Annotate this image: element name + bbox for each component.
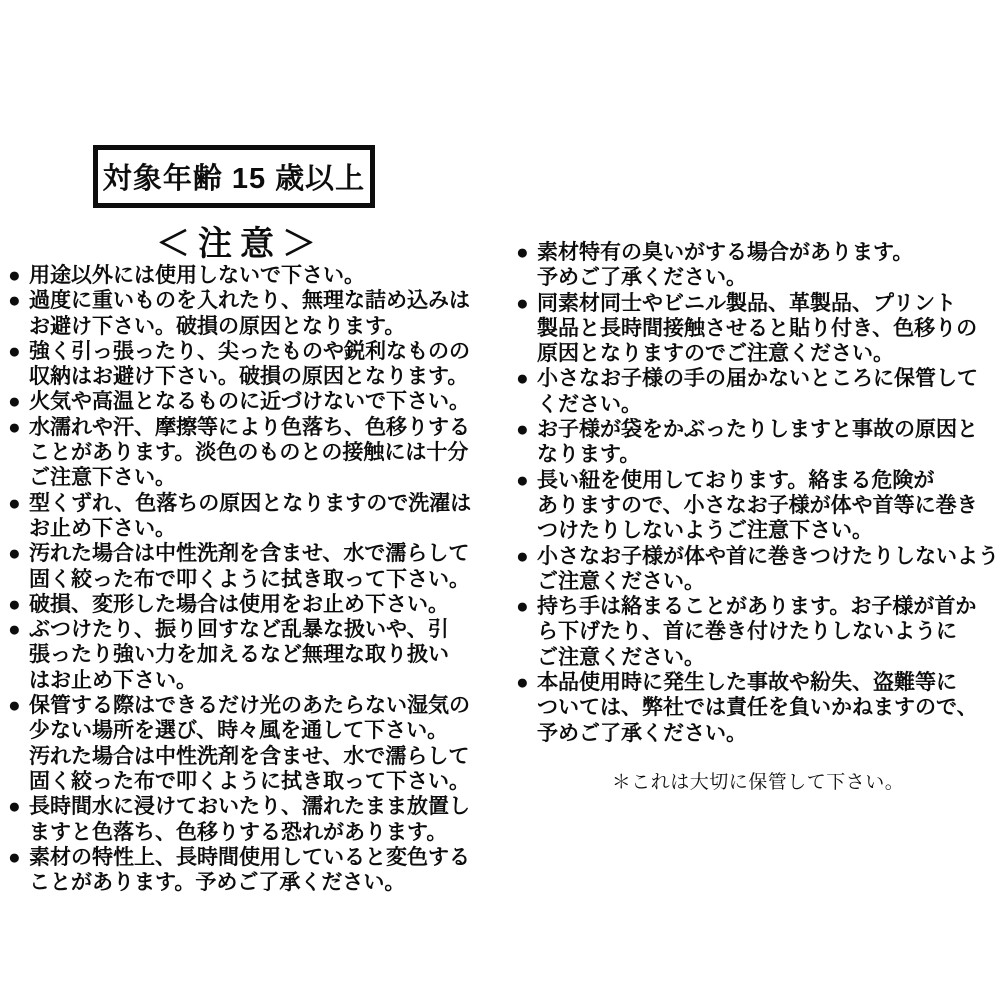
bullet-icon: ● [516,544,537,569]
right-column: ● 素材特有の臭いがする場合があります。 予めご了承ください。 ● 同素材同士や… [516,240,1000,795]
caution-item-text: 火気や高温となるものに近づけないで下さい。 [29,389,508,414]
caution-item-text: 保管する際はできるだけ光のあたらない湿気の 少ない場所を選び、時々風を通して下さ… [29,693,508,794]
bullet-icon: ● [8,288,29,313]
caution-item: ● 型くずれ、色落ちの原因となりますので洗濯は お止め下さい。 [8,491,508,542]
caution-item-text: 本品使用時に発生した事故や紛失、盗難等に ついては、弊社では責任を負いかねますの… [537,670,1000,746]
caution-item-text: 長い紐を使用しております。絡まる危険が ありますので、小さなお子様が体や首等に巻… [537,468,1000,544]
caution-heading: ＜注意＞ [0,216,480,265]
caution-item: ● 長い紐を使用しております。絡まる危険が ありますので、小さなお子様が体や首等… [516,468,1000,544]
caution-item-text: 持ち手は絡まることがあります。お子様が首か ら下げたり、首に巻き付けたりしないよ… [537,594,1000,670]
caution-item-text: 水濡れや汗、摩擦等により色落ち、色移りする ことがあります。淡色のものとの接触に… [29,415,508,491]
caution-item: ● 小さなお子様の手の届かないところに保管して ください。 [516,366,1000,417]
caution-item-text: 破損、変形した場合は使用をお止め下さい。 [29,592,508,617]
bullet-icon: ● [8,617,29,642]
caution-item: ● 同素材同士やビニル製品、革製品、プリント 製品と長時間接触させると貼り付き、… [516,291,1000,367]
caution-item: ● 用途以外には使用しないで下さい。 [8,263,508,288]
caution-item-text: 素材の特性上、長時間使用していると変色する ことがあります。予めご了承ください。 [29,845,508,896]
bullet-icon: ● [8,592,29,617]
bullet-icon: ● [8,389,29,414]
bullet-icon: ● [8,794,29,819]
bullet-icon: ● [8,693,29,718]
caution-item-text: 小さなお子様が体や首に巻きつけたりしないよう ご注意ください。 [537,544,1000,595]
caution-item: ● 水濡れや汗、摩擦等により色落ち、色移りする ことがあります。淡色のものとの接… [8,415,508,491]
caution-item: ● ぶつけたり、振り回すなど乱暴な扱いや、引 張ったり強い力を加えるなど無理な取… [8,617,508,693]
bullet-icon: ● [8,491,29,516]
caution-item: ● 汚れた場合は中性洗剤を含ませ、水で濡らして 固く絞った布で叩くように拭き取っ… [8,541,508,592]
caution-sheet: 対象年齢 15 歳以上 ＜注意＞ ● 用途以外には使用しないで下さい。 ● 過度… [0,0,1000,1000]
left-column: ● 用途以外には使用しないで下さい。 ● 過度に重いものを入れたり、無理な詰め込… [8,263,508,895]
age-restriction-box: 対象年齢 15 歳以上 [93,145,375,208]
bullet-icon: ● [516,670,537,695]
caution-item: ● 強く引っ張ったり、尖ったものや鋭利なものの 収納はお避け下さい。破損の原因と… [8,339,508,390]
caution-item: ● 持ち手は絡まることがあります。お子様が首か ら下げたり、首に巻き付けたりしな… [516,594,1000,670]
bullet-icon: ● [516,291,537,316]
bullet-icon: ● [516,417,537,442]
caution-item-text: 汚れた場合は中性洗剤を含ませ、水で濡らして 固く絞った布で叩くように拭き取って下… [29,541,508,592]
bullet-icon: ● [516,594,537,619]
age-restriction-label: 対象年齢 15 歳以上 [103,156,365,197]
caution-item-text: 用途以外には使用しないで下さい。 [29,263,508,288]
bullet-icon: ● [8,339,29,364]
caution-item: ● 小さなお子様が体や首に巻きつけたりしないよう ご注意ください。 [516,544,1000,595]
caution-item-text: 強く引っ張ったり、尖ったものや鋭利なものの 収納はお避け下さい。破損の原因となり… [29,339,508,390]
bullet-icon: ● [8,845,29,870]
caution-item: ● お子様が袋をかぶったりしますと事故の原因と なります。 [516,417,1000,468]
caution-item: ● 火気や高温となるものに近づけないで下さい。 [8,389,508,414]
bullet-icon: ● [8,263,29,288]
bullet-icon: ● [8,541,29,566]
caution-item-text: 長時間水に浸けておいたり、濡れたまま放置し ますと色落ち、色移りする恐れがありま… [29,794,508,845]
bullet-icon: ● [516,468,537,493]
caution-item-text: 同素材同士やビニル製品、革製品、プリント 製品と長時間接触させると貼り付き、色移… [537,291,1000,367]
caution-item: ● 保管する際はできるだけ光のあたらない湿気の 少ない場所を選び、時々風を通して… [8,693,508,794]
caution-item: ● 過度に重いものを入れたり、無理な詰め込みは お避け下さい。破損の原因となりま… [8,288,508,339]
bullet-icon: ● [8,415,29,440]
caution-item: ● 破損、変形した場合は使用をお止め下さい。 [8,592,508,617]
caution-item: ● 素材特有の臭いがする場合があります。 予めご了承ください。 [516,240,1000,291]
caution-item-text: 過度に重いものを入れたり、無理な詰め込みは お避け下さい。破損の原因となります。 [29,288,508,339]
caution-item-text: お子様が袋をかぶったりしますと事故の原因と なります。 [537,417,1000,468]
bullet-icon: ● [516,366,537,391]
caution-item: ● 長時間水に浸けておいたり、濡れたまま放置し ますと色落ち、色移りする恐れがあ… [8,794,508,845]
caution-item: ● 素材の特性上、長時間使用していると変色する ことがあります。予めご了承くださ… [8,845,508,896]
caution-item-text: ぶつけたり、振り回すなど乱暴な扱いや、引 張ったり強い力を加えるなど無理な取り扱… [29,617,508,693]
keep-this-note: ＊これは大切に保管して下さい。 [516,770,1000,795]
caution-item-text: 型くずれ、色落ちの原因となりますので洗濯は お止め下さい。 [29,491,508,542]
caution-item-text: 素材特有の臭いがする場合があります。 予めご了承ください。 [537,240,1000,291]
caution-item: ● 本品使用時に発生した事故や紛失、盗難等に ついては、弊社では責任を負いかねま… [516,670,1000,746]
caution-item-text: 小さなお子様の手の届かないところに保管して ください。 [537,366,1000,417]
bullet-icon: ● [516,240,537,265]
